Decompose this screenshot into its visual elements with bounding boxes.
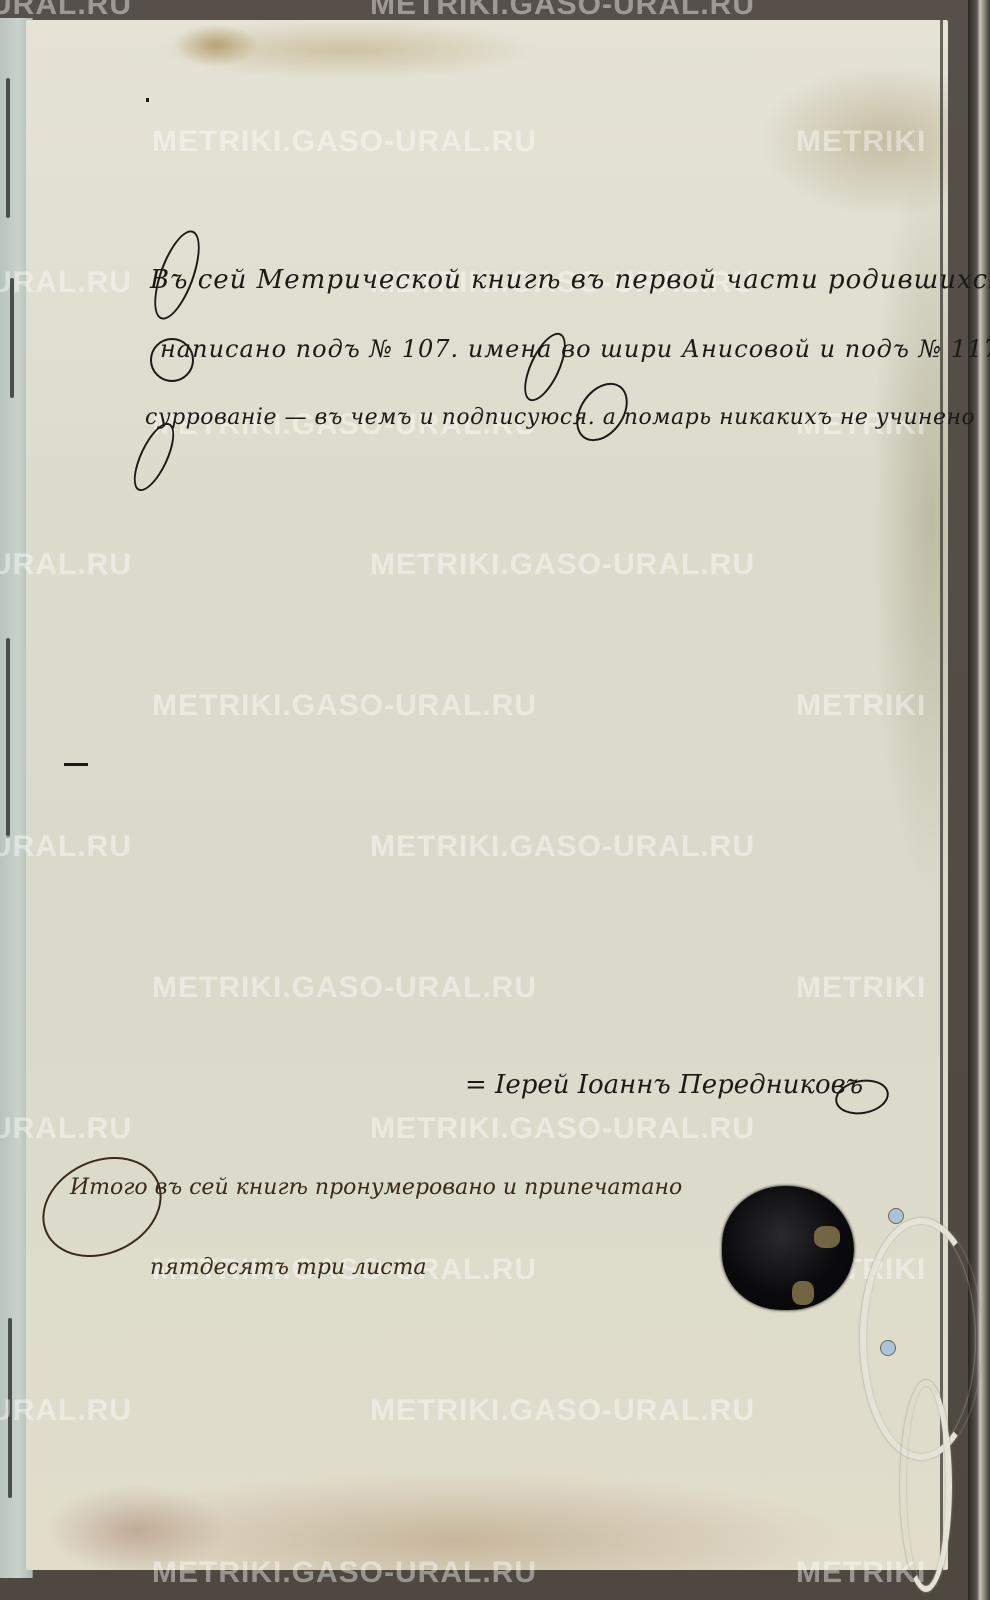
binding-hole xyxy=(888,1208,904,1224)
closing-line-1: Итого въ сей книгѣ пронумеровано и припе… xyxy=(70,1175,682,1200)
handwritten-line-1: Въ сей Метрической книгѣ въ первой части… xyxy=(150,265,990,295)
seal-chip xyxy=(792,1281,814,1305)
closing-line-2: пятдесятъ три листа xyxy=(150,1255,427,1280)
board-crack xyxy=(6,78,10,218)
document-page xyxy=(26,20,948,1570)
ink-dot xyxy=(146,98,149,102)
wax-seal xyxy=(722,1186,854,1310)
capital-flourish xyxy=(150,338,194,382)
binding-cord xyxy=(900,1380,952,1592)
handwritten-line-2: написано подъ № 107. имена во шири Анисо… xyxy=(160,335,990,363)
seal-chip xyxy=(814,1226,840,1248)
handwritten-line-3: суррованіе — въ чемъ и подписуюся. а пом… xyxy=(145,405,975,430)
board-crack xyxy=(8,1318,12,1498)
board-crack xyxy=(10,278,14,398)
priest-signature: = Іерей Іоаннъ Передниковъ xyxy=(465,1070,863,1100)
ink-blot xyxy=(64,763,88,766)
board-crack xyxy=(6,638,10,838)
